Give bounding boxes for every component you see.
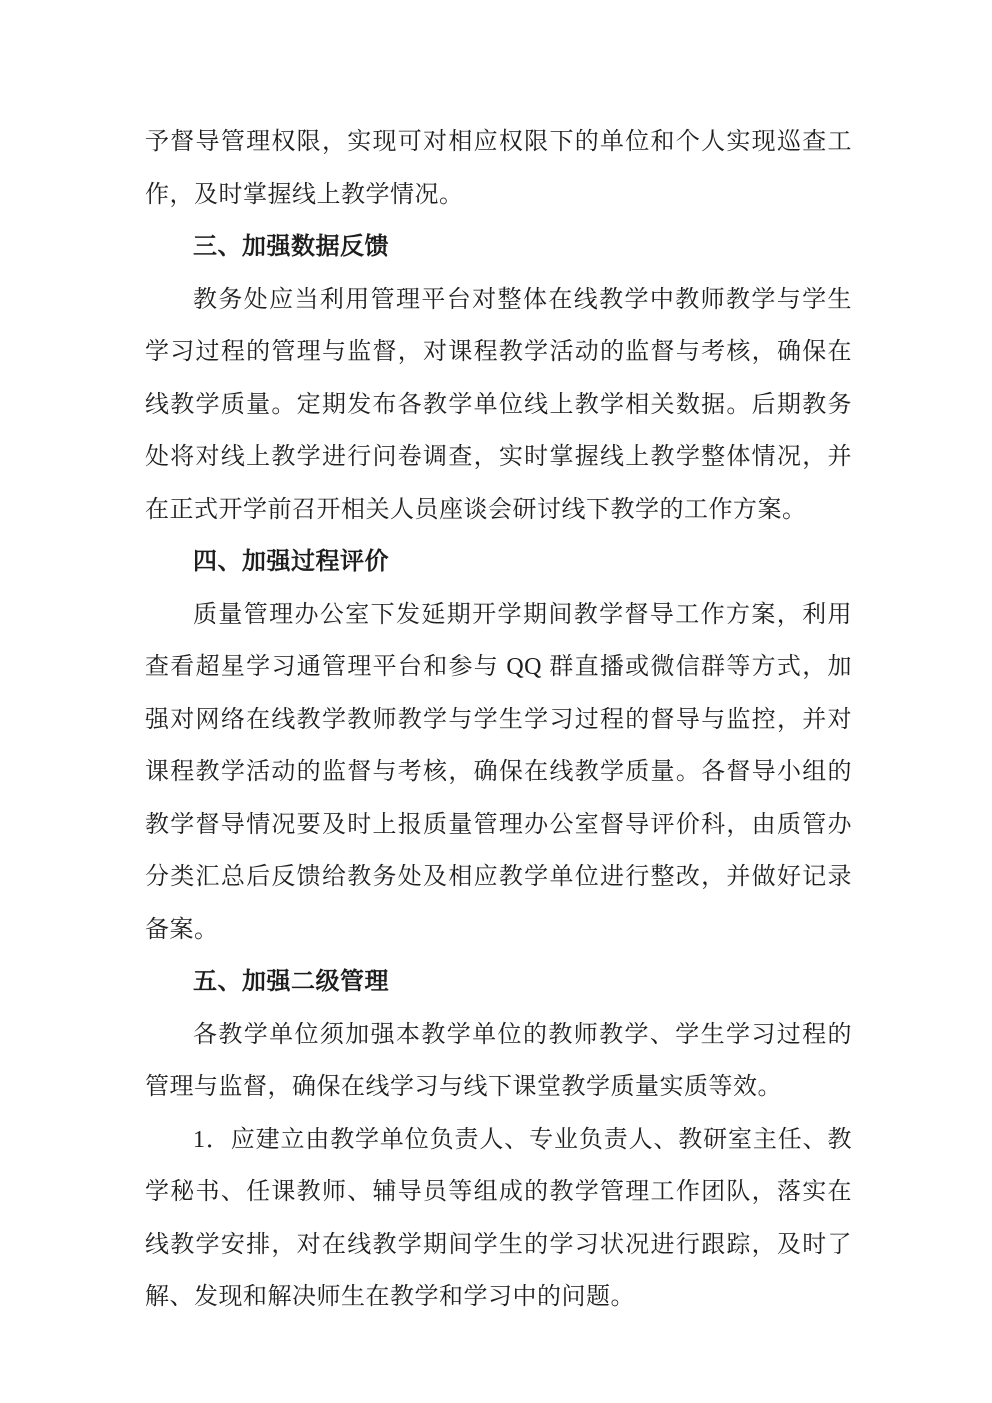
body-paragraph: 质量管理办公室下发延期开学期间教学督导工作方案，利用查看超星学习通管理平台和参与… xyxy=(145,589,852,957)
section-heading: 五、加强二级管理 xyxy=(145,956,852,1009)
body-paragraph: 予督导管理权限，实现可对相应权限下的单位和个人实现巡查工作，及时掌握线上教学情况… xyxy=(145,116,852,221)
section-heading: 四、加强过程评价 xyxy=(145,536,852,589)
body-paragraph: 1．应建立由教学单位负责人、专业负责人、教研室主任、教学秘书、任课教师、辅导员等… xyxy=(145,1114,852,1324)
body-paragraph: 教务处应当利用管理平台对整体在线教学中教师教学与学生学习过程的管理与监督，对课程… xyxy=(145,274,852,537)
body-paragraph: 各教学单位须加强本教学单位的教师教学、学生学习过程的管理与监督，确保在线学习与线… xyxy=(145,1009,852,1114)
section-heading: 三、加强数据反馈 xyxy=(145,221,852,274)
document-content: 予督导管理权限，实现可对相应权限下的单位和个人实现巡查工作，及时掌握线上教学情况… xyxy=(145,116,852,1324)
document-page: 予督导管理权限，实现可对相应权限下的单位和个人实现巡查工作，及时掌握线上教学情况… xyxy=(0,0,992,1403)
